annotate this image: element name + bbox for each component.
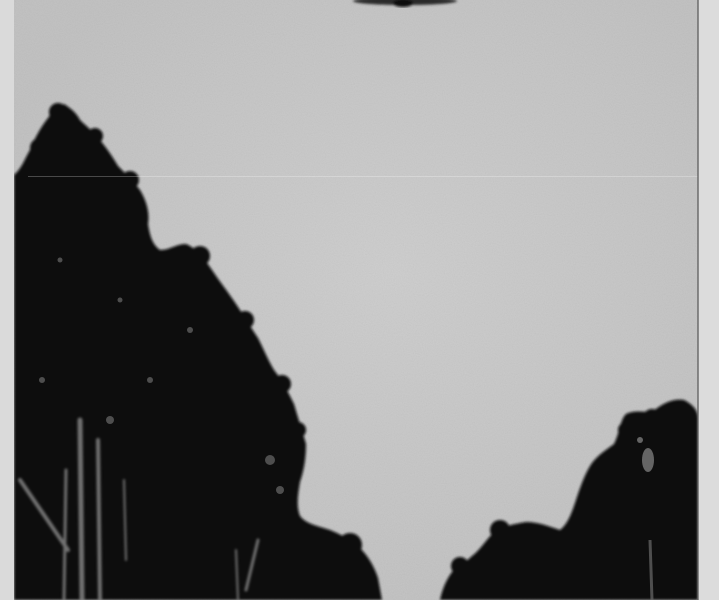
scene <box>14 0 698 600</box>
left-margin <box>0 0 14 600</box>
right-margin <box>699 0 719 600</box>
photo <box>14 0 698 600</box>
newspaper-photo-frame: Grainy black-and-white newspaper photogr… <box>0 0 719 600</box>
scan-line <box>28 176 698 177</box>
